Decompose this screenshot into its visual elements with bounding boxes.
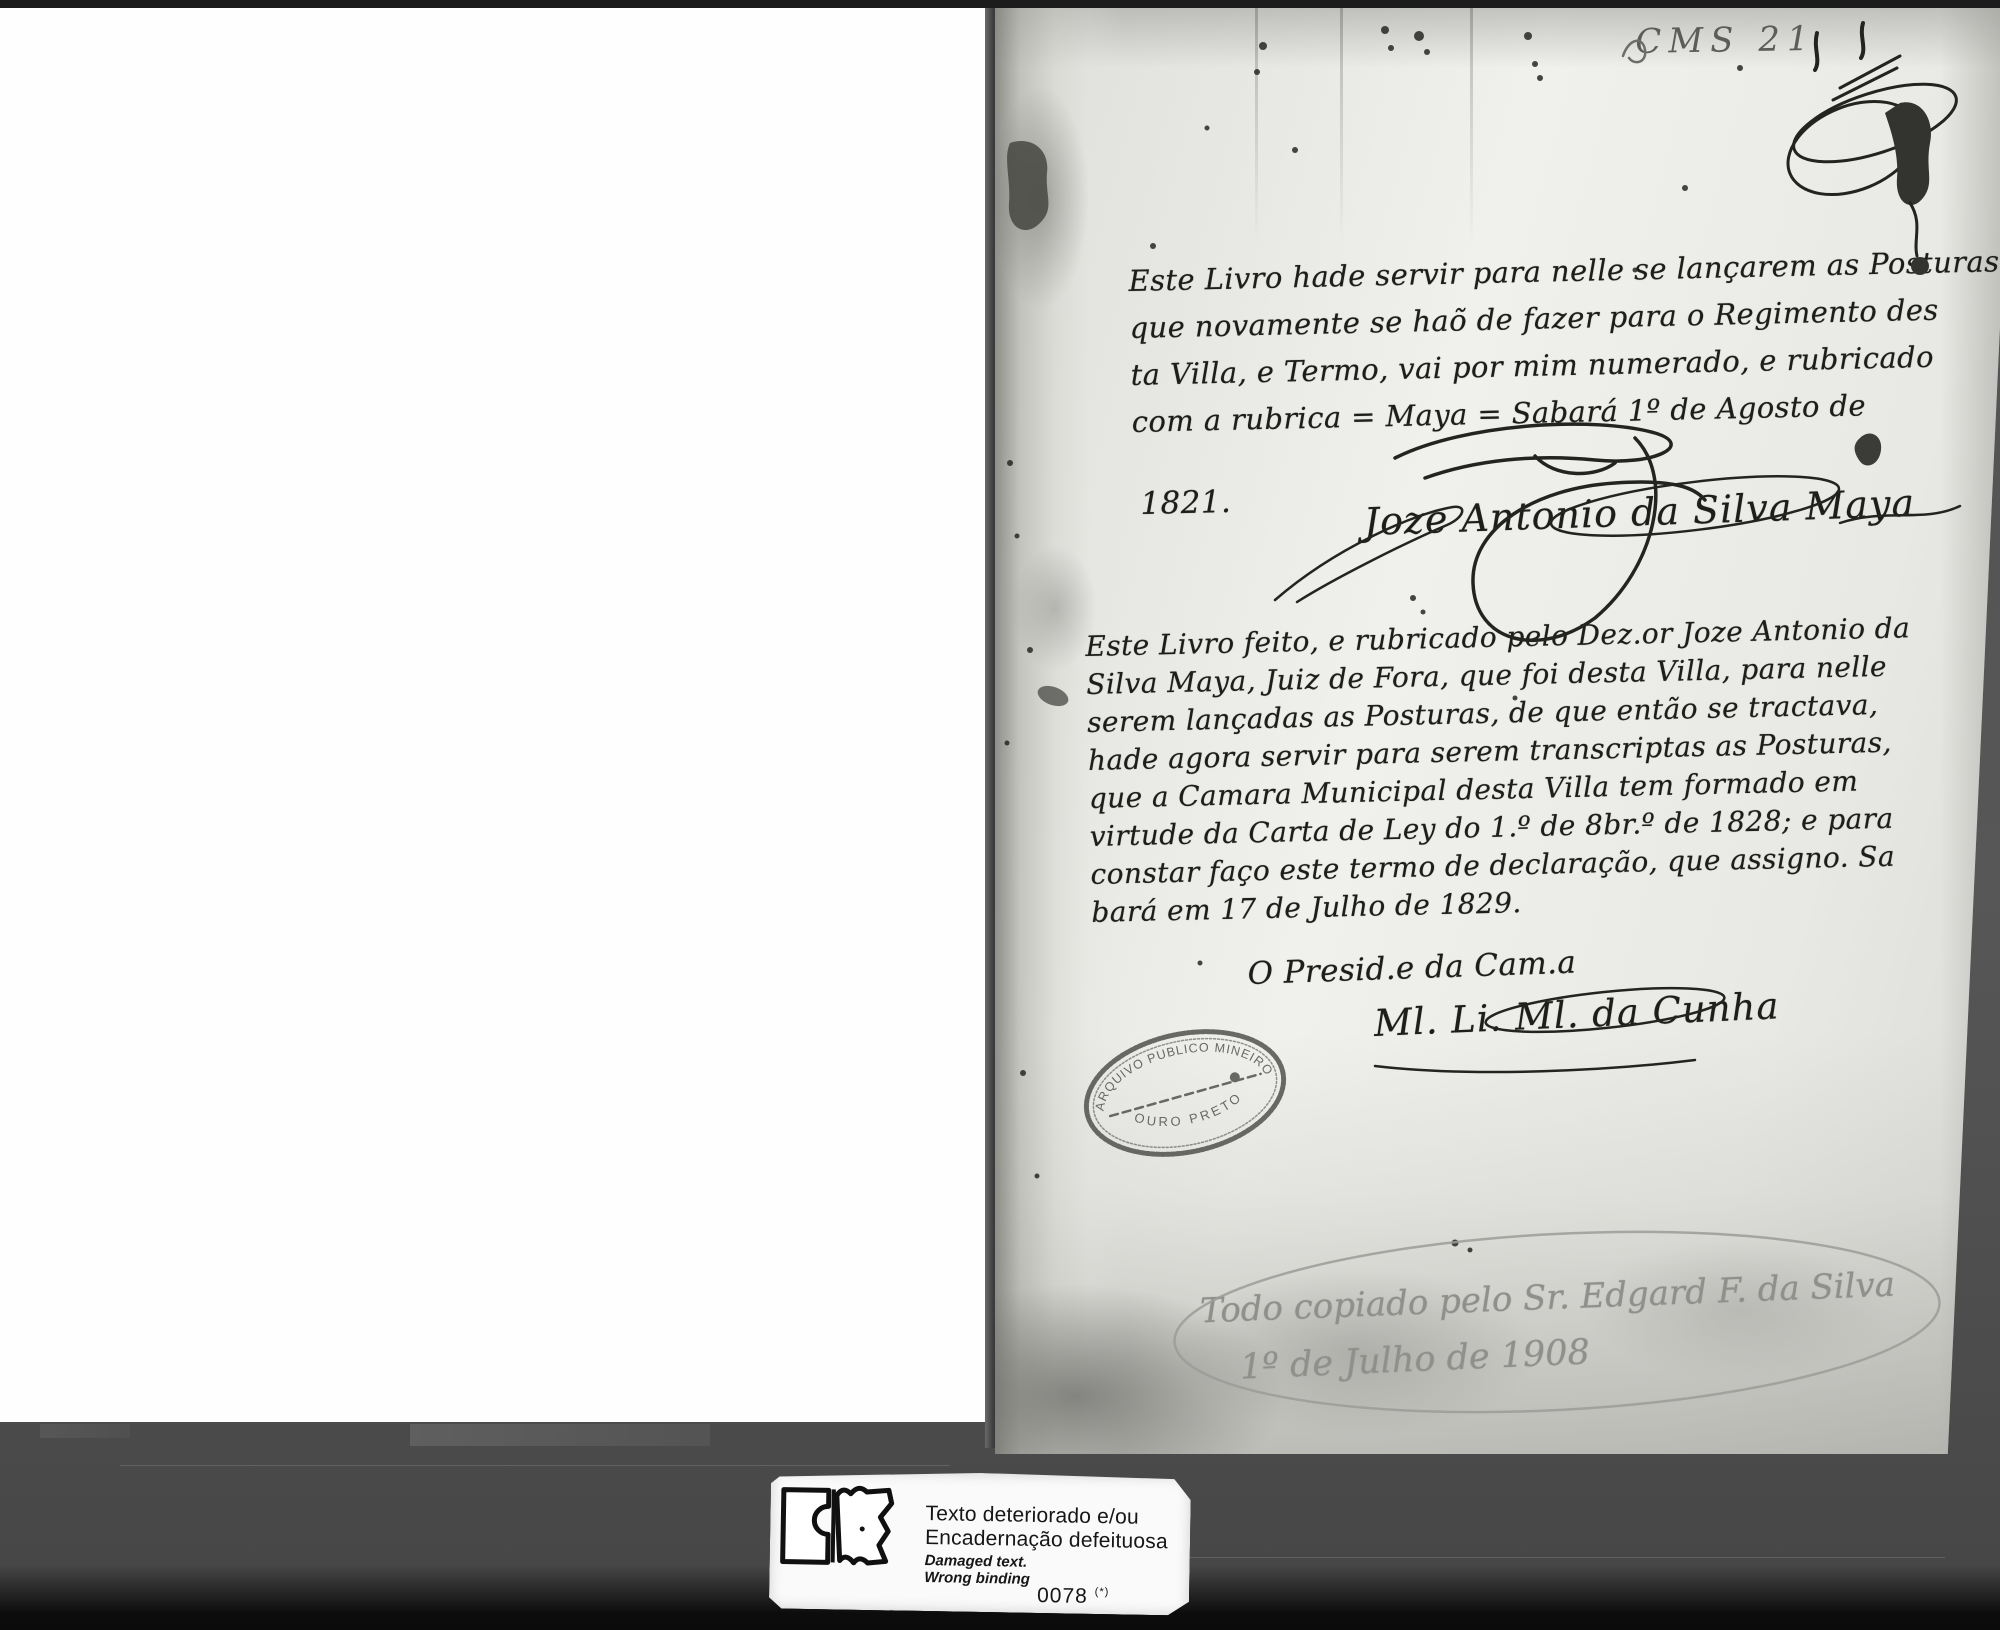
ink-flourish-doodle	[1774, 23, 1965, 275]
pencil-circle	[1170, 1214, 1944, 1430]
label-number-value: 0078	[1037, 1584, 1088, 1608]
scanner-scratch	[120, 1465, 950, 1466]
ink-marks-overlay: ARQUIVO PUBLICO MINEIRO OURO PRETO	[995, 8, 2000, 1454]
label-text-pt-1: Texto deteriorado e/ou	[925, 1502, 1139, 1530]
maya-rubric-flourish	[1395, 424, 1705, 640]
page-edge-fragment	[40, 1424, 130, 1438]
label-number-note: (*)	[1095, 1586, 1110, 1598]
cunha-flourish	[1375, 980, 1726, 1072]
left-blank-page	[0, 8, 985, 1422]
pencil-squiggle	[1623, 41, 1645, 62]
label-text-en-2: Wrong binding	[924, 1569, 1030, 1588]
label-text-en-1: Damaged text.	[925, 1552, 1028, 1571]
ink-blots	[1007, 141, 1881, 710]
damaged-book-icon	[776, 1481, 908, 1569]
page-edge-fragment	[410, 1424, 710, 1446]
signature-swash	[1275, 465, 1960, 602]
right-manuscript-page: CMS 21 Este Livro hade servir para nelle…	[995, 8, 2000, 1454]
condition-label: Texto deteriorado e/ou Encadernação defe…	[769, 1469, 1191, 1615]
label-text-pt-2: Encadernação defeituosa	[925, 1526, 1168, 1554]
label-number: 0078 (*)	[1037, 1584, 1110, 1609]
archive-stamp: ARQUIVO PUBLICO MINEIRO OURO PRETO	[1075, 1014, 1295, 1171]
archival-scan: CMS 21 Este Livro hade servir para nelle…	[0, 0, 2000, 1630]
ink-specks	[1005, 26, 1744, 1253]
